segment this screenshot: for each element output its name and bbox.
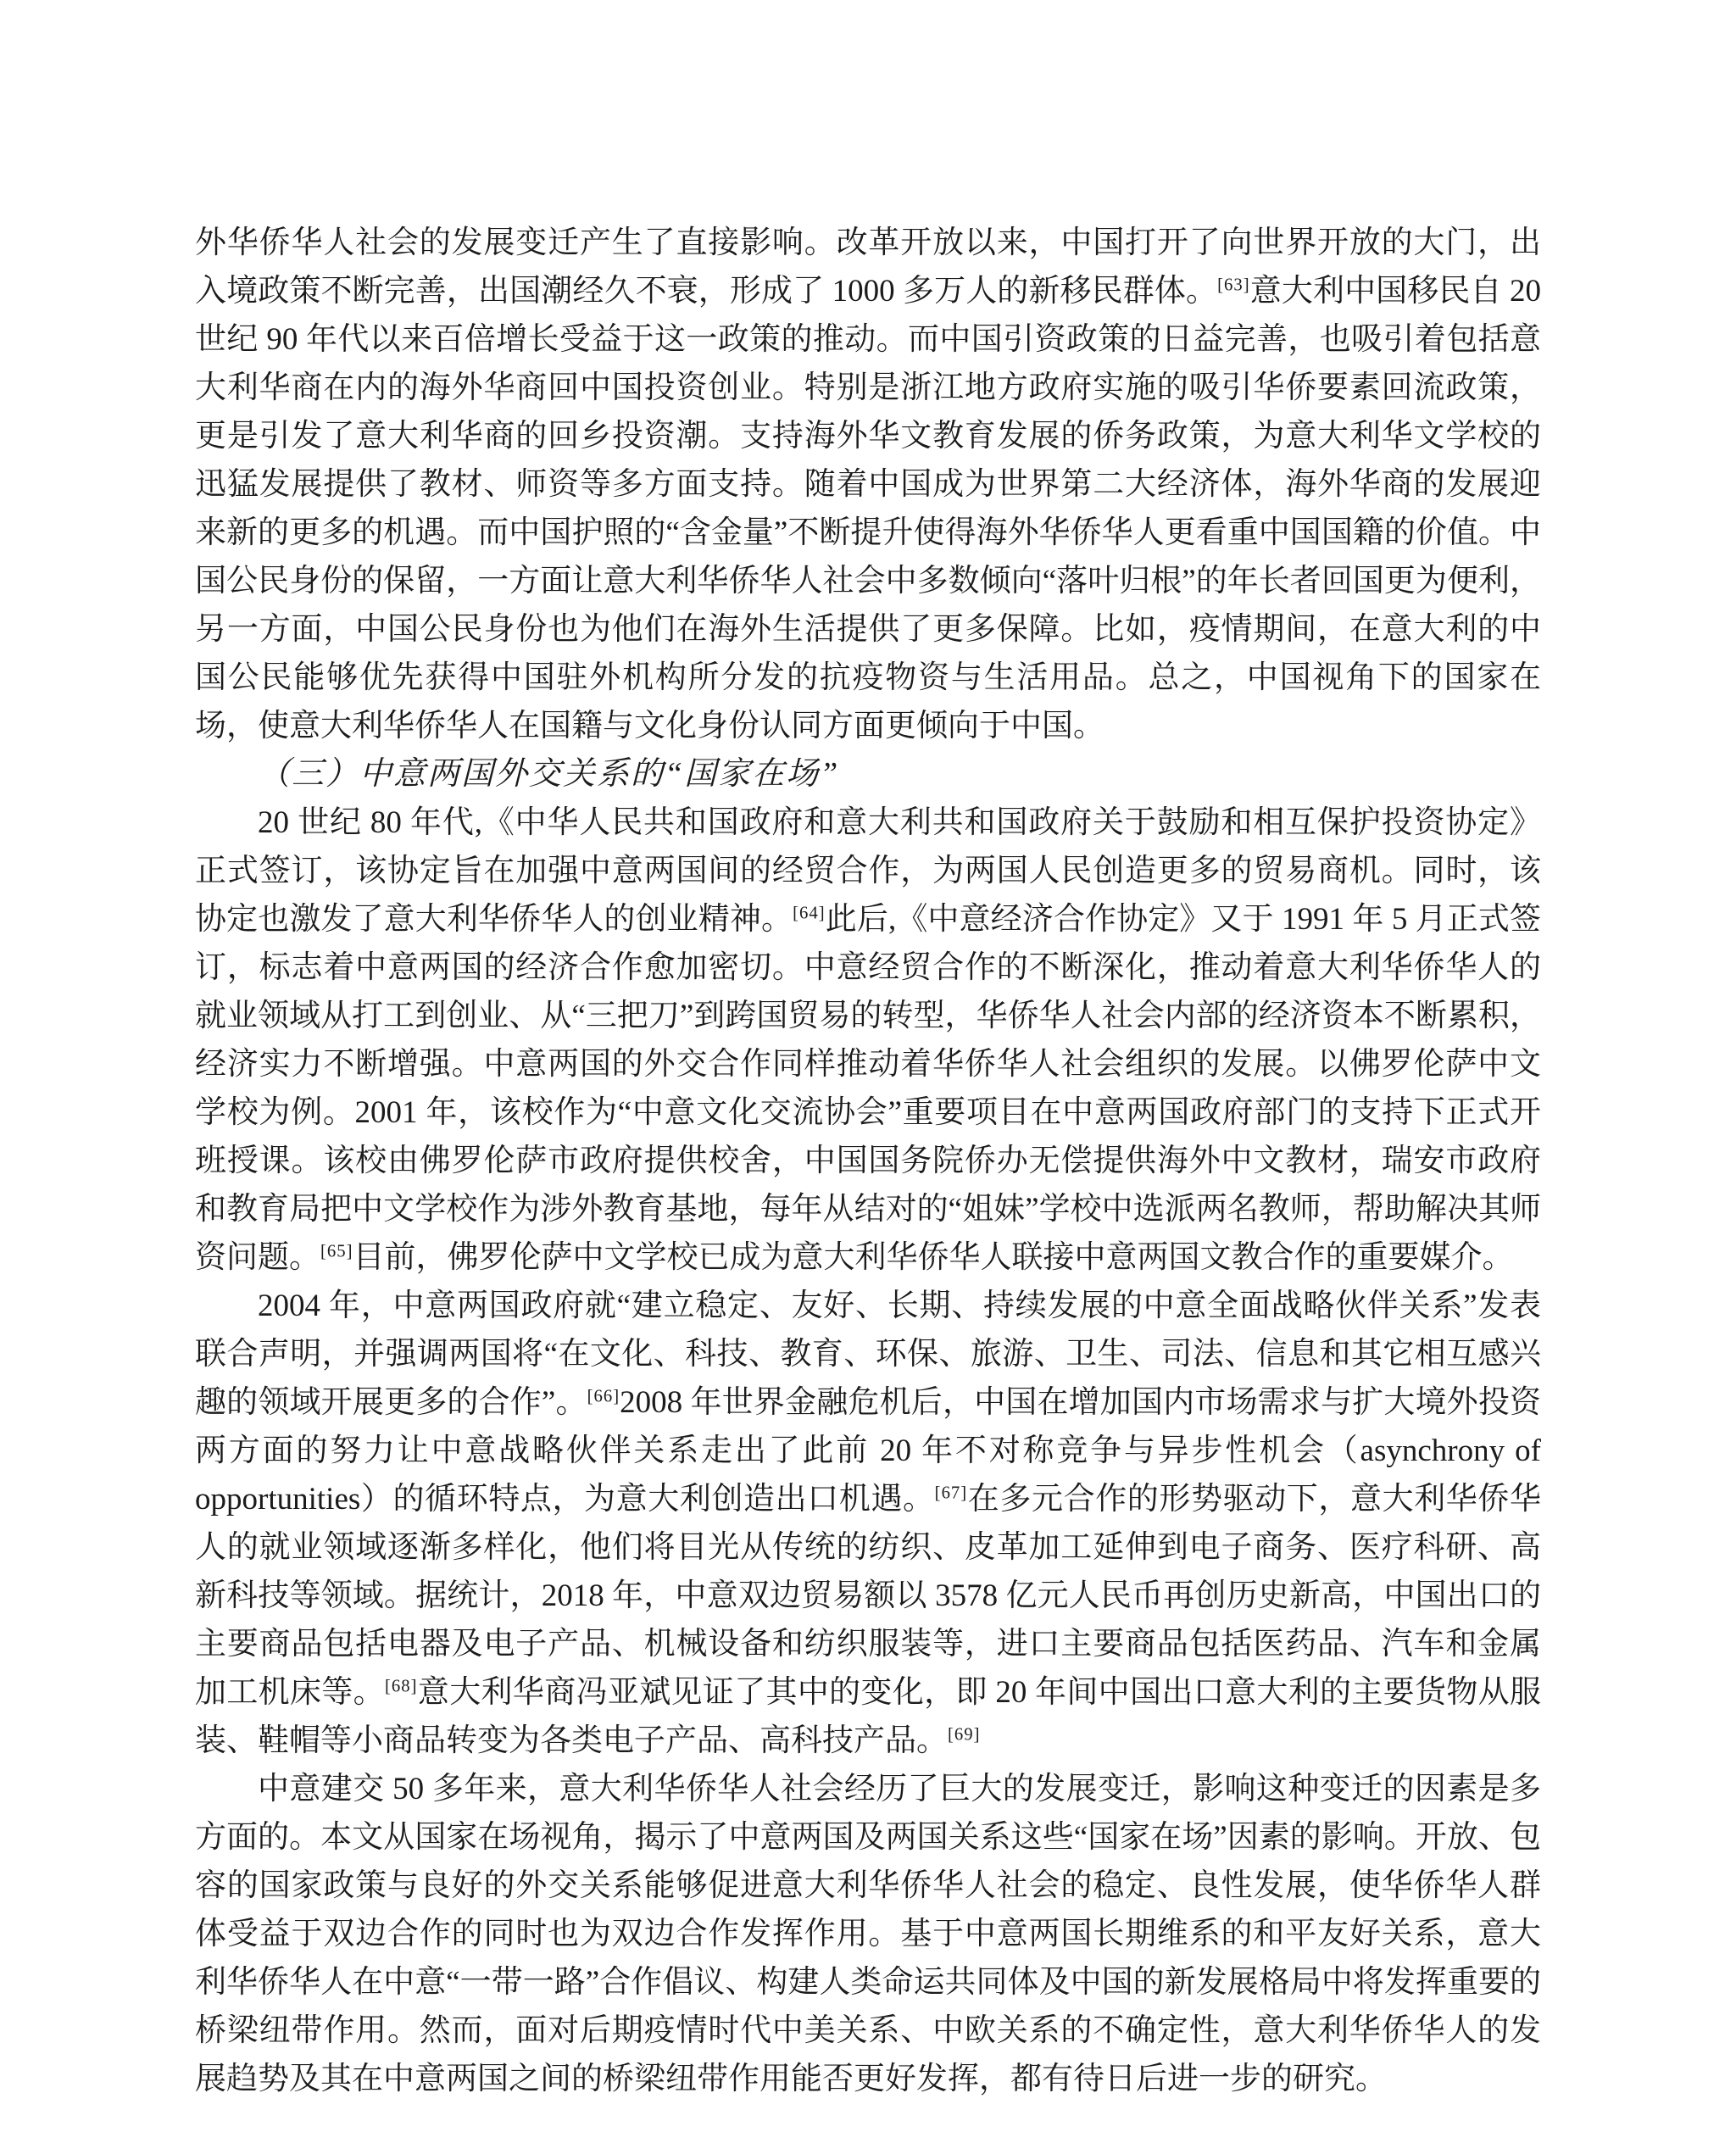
scanned-paper-page: 外华侨华人社会的发展变迁产生了直接影响。改革开放以来，中国打开了向世界开放的大门… [0,0,1736,2143]
footnote-ref-69: [69] [948,1726,981,1745]
paragraph: 20 世纪 80 年代,《中华人民共和国政府和意大利共和国政府关于鼓励和相互保护… [195,799,1541,1282]
text-column: 外华侨华人社会的发展变迁产生了直接影响。改革开放以来，中国打开了向世界开放的大门… [195,219,1541,2103]
footnote-ref-67: [67] [935,1484,968,1503]
footnote-ref-64: [64] [793,905,826,923]
text-run: 目前，佛罗伦萨中文学校已成为意大利华侨华人联接中意两国文教合作的重要媒介。 [353,1240,1514,1275]
paragraph-continuation: 外华侨华人社会的发展变迁产生了直接影响。改革开放以来，中国打开了向世界开放的大门… [195,219,1541,750]
section-heading: （三）中意两国外交关系的“国家在场” [195,750,1541,799]
footnote-ref-63: [63] [1217,276,1250,295]
footnote-ref-68: [68] [385,1678,418,1696]
text-run: 意大利中国移民自 20 世纪 90 年代以来百倍增长受益于这一政策的推动。而中国… [195,274,1541,743]
footnote-ref-65: [65] [320,1243,353,1261]
paragraph: 中意建交 50 多年来，意大利华侨华人社会经历了巨大的发展变迁，影响这种变迁的因… [195,1765,1541,2103]
text-run: 此后,《中意经济合作协定》又于 1991 年 5 月正式签订，标志着中意两国的经… [195,902,1541,1275]
paragraph: 2004 年，中意两国政府就“建立稳定、友好、长期、持续发展的中意全面战略伙伴关… [195,1282,1541,1765]
footnote-ref-66: [66] [587,1388,620,1406]
text-run: 中意建交 50 多年来，意大利华侨华人社会经历了巨大的发展变迁，影响这种变迁的因… [195,1772,1541,2096]
